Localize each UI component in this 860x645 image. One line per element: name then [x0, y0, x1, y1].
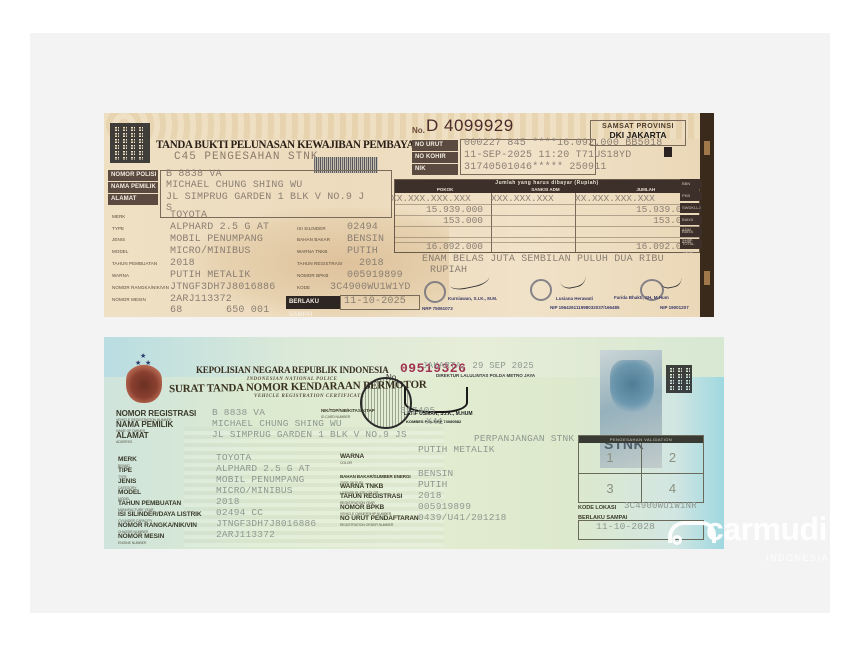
value-tahun-registrasi: 2018 — [418, 490, 442, 501]
label-text: BAHAN BAKAR/SUMBER ENERGI — [340, 474, 411, 479]
value-warna-tnkb: PUTIH — [418, 479, 448, 490]
issuer-title: KEPOLISIAN NEGARA REPUBLIK INDONESIA — [196, 365, 389, 375]
label-tahun: TAHUN PEMBUATAN — [112, 261, 157, 266]
label-mesin: NOMOR MESIN — [112, 297, 146, 302]
label-nomor-bpkb: NOMOR BPKB — [297, 273, 329, 278]
star-icon: ★ — [135, 359, 141, 367]
label-text: WARNA TNKB — [340, 483, 383, 490]
value-nik-suffix: X41 — [426, 416, 444, 427]
receipt-number-label: No. — [412, 126, 425, 135]
label-nik: NIK/TDP/NIB/KITAS/KITAPID CARD NUMBER — [321, 408, 375, 420]
mask-jumlah: XX.XXX.XXX.XXX — [575, 193, 655, 204]
label-sub: ENGINE NUMBER — [118, 540, 164, 546]
row-divider — [395, 226, 699, 227]
police-shield-icon — [610, 360, 654, 414]
label-nomor-mesin: NOMOR MESINENGINE NUMBER — [118, 534, 164, 546]
validation-cell-4: 4 — [641, 473, 703, 503]
wheel-icon — [672, 535, 682, 545]
value-tahun: 2018 — [170, 258, 195, 269]
label-sub: COLOR — [340, 460, 364, 466]
label-nomor-polisi: NOMOR POLISI — [108, 170, 158, 181]
label-text: NO URUT PENDAFTARAN — [340, 515, 419, 522]
value-no-urut: 000227 845 ****16.092.000 BB5018 — [464, 138, 662, 149]
receipt-number: D 4099929 — [426, 116, 514, 136]
value-jenis: MOBIL PENUMPANG — [170, 234, 263, 245]
label-tahun-registrasi: TAHUN REGISTRASI — [297, 261, 342, 266]
value-nomor-bpkb: 005919899 — [418, 501, 471, 512]
validation-cell-1: 1 — [579, 443, 641, 473]
row1-pokok: 15.939.000 — [426, 204, 483, 215]
label-text: NOMOR RANGKA/NIK/VIN — [118, 522, 197, 529]
watermark-brand: carmudi — [706, 511, 827, 548]
signatory-3-name: Farida Bhakti, SH, M.Hum — [614, 295, 669, 300]
extension-note: PERPANJANGAN STNK — [474, 433, 574, 444]
receipt-edge-strip — [700, 113, 714, 317]
official-stamp-icon — [424, 281, 446, 303]
label-text: NOMOR MESIN — [118, 533, 164, 540]
label-text: TAHUN PEMBUATAN — [118, 500, 181, 507]
mask-sanksi: XXX.XXX.XXX — [491, 193, 554, 204]
label-kode: KODE — [297, 285, 310, 290]
value-isi-silinder: 02494 CC — [216, 507, 263, 518]
label-rangka: NOMOR RANGKA/NIK/VIN — [112, 285, 169, 290]
value-bahan-bakar: BENSIN — [347, 234, 384, 245]
value-tahun-registrasi: 2018 — [359, 258, 384, 269]
value-rangka: JTNGF3DH7J8016886 — [170, 282, 275, 293]
signatory-1-name: Kurniawan, S.I.K., M.M. — [448, 296, 497, 301]
payment-table: Jumlah yang harus dibayar (Rupiah) POKOK… — [394, 179, 700, 253]
value-model: MICRO/MINIBUS — [216, 485, 293, 496]
label-no-urut: NO URUT PENDAFTARANREGISTRATION ORDER NU… — [340, 516, 419, 528]
label-warna: WARNA — [112, 273, 129, 278]
value-nomor-rangka: JTNGF3DH7J8016886 — [216, 518, 316, 529]
tab-adm-stnk: BIAYA ADM STNK — [680, 215, 702, 225]
emblem-icon — [664, 147, 672, 157]
label-text: NIK/TDP/NIB/KITAS/KITAP — [321, 408, 375, 413]
signatory-3-id: NIP 19001207 — [660, 305, 689, 310]
value-nomor-bpkb: 005919899 — [347, 270, 403, 281]
tab-adm-tnkb: BIAYA ADM TNKB — [680, 227, 702, 237]
value-merk: TOYOTA — [216, 452, 251, 463]
validation-grid: PENGESAHAN VALIDATION 1 2 3 4 — [578, 435, 704, 503]
row2-pokok: 153.000 — [443, 215, 483, 226]
value-berlaku-sampai: 11-10-2028 — [596, 521, 655, 532]
tab-swdkllj: SWDKLLJ — [680, 203, 702, 213]
signature — [557, 263, 587, 291]
police-emblem-icon — [126, 363, 162, 403]
value-nomor-mesin: 2ARJ113372 — [216, 529, 275, 540]
official-stamp-icon — [530, 279, 552, 301]
label-text: MERK — [118, 456, 137, 463]
watermark-sub: INDONESIA — [766, 553, 829, 563]
label-text: JENIS — [118, 478, 136, 485]
label-sub: ID CARD NUMBER — [321, 414, 375, 420]
payment-header: Jumlah yang harus dibayar (Rupiah) — [395, 180, 699, 187]
value-alamat: JL SIMPRUG GARDEN 1 BLK V NO.9 J — [166, 192, 364, 203]
qr-code-icon — [666, 365, 692, 393]
document-title-en: VEHICLE REGISTRATION CERTIFICATE — [254, 394, 364, 399]
value-bahan-bakar: BENSIN — [418, 468, 453, 479]
value-tipe: ALPHARD 2.5 G AT — [216, 463, 310, 474]
label-alamat: ALAMAT — [108, 194, 158, 205]
star-icon: ★ — [145, 359, 151, 367]
office-line1: SAMSAT PROVINSI — [591, 123, 685, 130]
receipt-subtitle: C45 PENGESAHAN STNK — [174, 151, 318, 163]
value-berlaku-sampai: 11-10-2025 — [344, 296, 406, 307]
payment-receipt: TANDA BUKTI PELUNASAN KEWAJIBAN PEMBAYAR… — [104, 113, 714, 317]
value-warna-tnkb: PUTIH — [347, 246, 378, 257]
validation-cell-2: 2 — [641, 443, 703, 473]
value-warna: PUTIH METALIK — [418, 444, 495, 455]
value-nik: 317405 — [400, 405, 435, 416]
value-model: MICRO/MINIBUS — [170, 246, 251, 257]
value-extra-a: 68 — [170, 305, 182, 316]
tab-total: TOTAL — [680, 239, 702, 249]
label-sub: REGISTRATION ORDER NUMBER — [340, 522, 419, 528]
value-kode: 3C4900WU1W1YD — [330, 282, 411, 293]
label-text: MODEL — [118, 489, 141, 496]
value-nomor-registrasi: B 8838 VA — [212, 407, 265, 418]
value-tahun-pembuatan: 2018 — [216, 496, 240, 507]
signatory-2-id: NIP 196426111998032037/166485 — [550, 305, 620, 310]
value-extra-b: 650 001 — [226, 305, 269, 316]
signatory-1-id: NRP 75061073 — [422, 306, 453, 311]
label-berlaku-sampai: BERLAKU SAMPAI — [286, 296, 340, 309]
validation-cell-3: 3 — [579, 473, 641, 503]
value-type: ALPHARD 2.5 G AT — [170, 222, 269, 233]
label-text: TAHUN REGISTRASI — [340, 493, 402, 500]
value-jenis: MOBIL PENUMPANG — [216, 474, 305, 485]
value-no-urut: 0439/U41/201218 — [418, 512, 507, 523]
vehicle-registration-certificate: ★ ★ ★ KEPOLISIAN NEGARA REPUBLIK INDONES… — [104, 337, 724, 549]
label-alamat: ALAMATADDRESS — [116, 433, 149, 445]
label-kode-lokasi: KODE LOKASI — [578, 505, 616, 511]
label-no-kohir: NO KOHIR — [412, 152, 458, 163]
label-jenis: JENIS — [112, 237, 125, 242]
label-text: ISI SILINDER/DAYA LISTRIK — [118, 511, 201, 518]
label-warna: WARNACOLOR — [340, 454, 364, 466]
value-nama-pemilik: MICHAEL CHUNG SHING WU — [166, 180, 302, 191]
label-text: NOMOR BPKB — [340, 504, 384, 511]
validation-header: PENGESAHAN VALIDATION — [579, 436, 703, 443]
value-warna: PUTIH METALIK — [170, 270, 251, 281]
row-divider — [395, 237, 699, 238]
label-text: TIPE — [118, 467, 132, 474]
label-bahan-bakar: BAHAN BAKAR — [297, 237, 330, 242]
payment-side-tabs: BBN PKB SWDKLLJ BIAYA ADM STNK BIAYA ADM… — [680, 179, 702, 251]
value-isi-silinder: 02494 — [347, 222, 378, 233]
value-no-kohir: 11-SEP-2025 11:20 T71US18YD — [464, 150, 631, 161]
label-warna-tnkb: WARNA TNKB — [297, 249, 328, 254]
tab-pkb: PKB — [680, 191, 702, 201]
issuer-office: DIREKTUR LALULINTAS POLDA METRO JAYA — [436, 373, 535, 378]
label-type: TYPE — [112, 226, 124, 231]
label-nik: NIK — [412, 164, 458, 175]
receipt-title: TANDA BUKTI PELUNASAN KEWAJIBAN PEMBAYAR… — [156, 137, 437, 152]
amount-words-line1: ENAM BELAS JUTA SEMBILAN PULUH DUA RIBU — [422, 254, 664, 265]
mask-pokok: XX.XXX.XXX.XXX — [391, 193, 471, 204]
label-isi-silinder: ISI SILINDER — [297, 226, 326, 231]
qr-code-icon — [110, 123, 150, 163]
value-nomor-polisi: B 8838 VA — [166, 169, 222, 180]
total-pokok: 16.092.000 — [426, 241, 483, 252]
signatory-2-name: Lusiana Herawati — [556, 296, 593, 301]
carmudi-watermark: carmudi INDONESIA — [666, 507, 846, 567]
label-no-urut: NO URUT — [412, 140, 458, 151]
place-date: JAKARTA, 29 SEP 2025 — [422, 361, 534, 371]
label-merk: MERK — [112, 214, 125, 219]
value-alamat: JL SIMPRUG GARDEN 1 BLK V NO.9 JS — [212, 429, 407, 440]
value-mesin: 2ARJ113372 — [170, 294, 232, 305]
value-merk: TOYOTA — [170, 210, 207, 221]
label-model: MODEL — [112, 249, 129, 254]
label-text: WARNA — [340, 453, 364, 460]
tab-bbn: BBN — [680, 179, 702, 189]
label-nama-pemilik: NAMA PEMILIK — [108, 182, 158, 193]
value-nik: 31740501046***** 250911 — [464, 162, 607, 173]
validation-cells: 1 2 3 4 — [579, 443, 703, 502]
